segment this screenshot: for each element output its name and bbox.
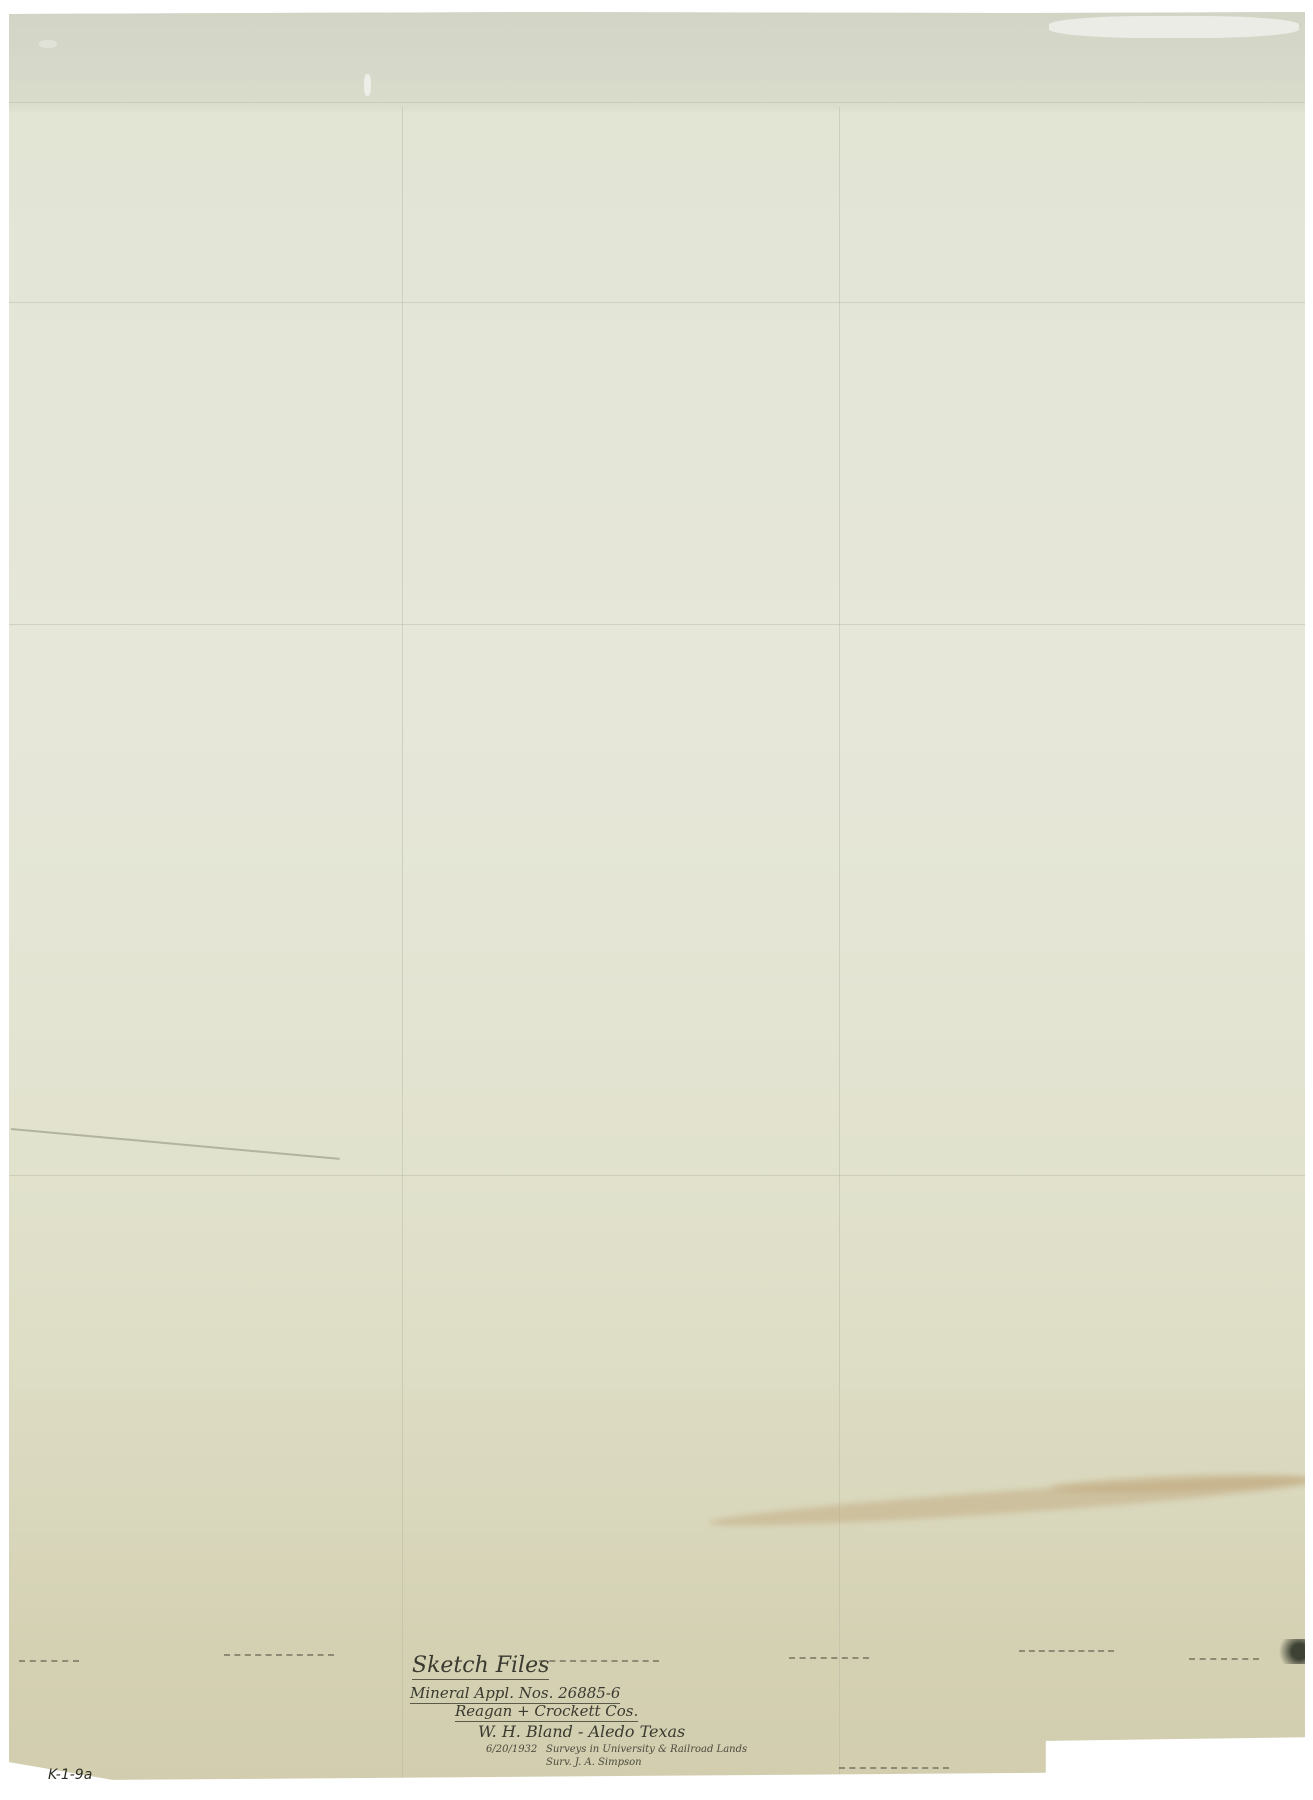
fold-line xyxy=(9,302,1305,303)
annotation-counties: Reagan + Crockett Cos. xyxy=(455,1702,638,1722)
annotation-applicant: W. H. Bland - Aledo Texas xyxy=(478,1722,685,1741)
annotation-surveyor: Surv. J. A. Simpson xyxy=(546,1757,642,1768)
tape-glare xyxy=(39,40,57,48)
catalog-id: K-1-9a xyxy=(48,1767,92,1783)
tape-glare xyxy=(364,74,371,96)
tape-glare xyxy=(1049,16,1299,38)
ink-bleed xyxy=(839,1767,949,1772)
annotation-date: 6/20/1932 xyxy=(486,1744,537,1755)
document-sheet xyxy=(9,12,1305,1787)
fold-line xyxy=(9,624,1305,625)
ink-bleed xyxy=(789,1657,869,1662)
ink-smudge xyxy=(1277,1639,1305,1664)
annotation-description: Surveys in University & Railroad Lands xyxy=(546,1744,747,1755)
fold-line xyxy=(402,107,403,1787)
fold-line xyxy=(9,1175,1305,1176)
ink-bleed xyxy=(1019,1650,1114,1655)
ink-bleed xyxy=(19,1660,79,1665)
ink-bleed xyxy=(539,1660,659,1665)
annotation-title: Sketch Files xyxy=(412,1653,549,1680)
ink-bleed xyxy=(1189,1658,1259,1663)
ink-bleed xyxy=(224,1654,334,1659)
paper-crease xyxy=(11,1128,340,1160)
annotation-application-numbers: Mineral Appl. Nos. 26885-6 xyxy=(410,1684,620,1704)
fold-line xyxy=(839,107,840,1787)
